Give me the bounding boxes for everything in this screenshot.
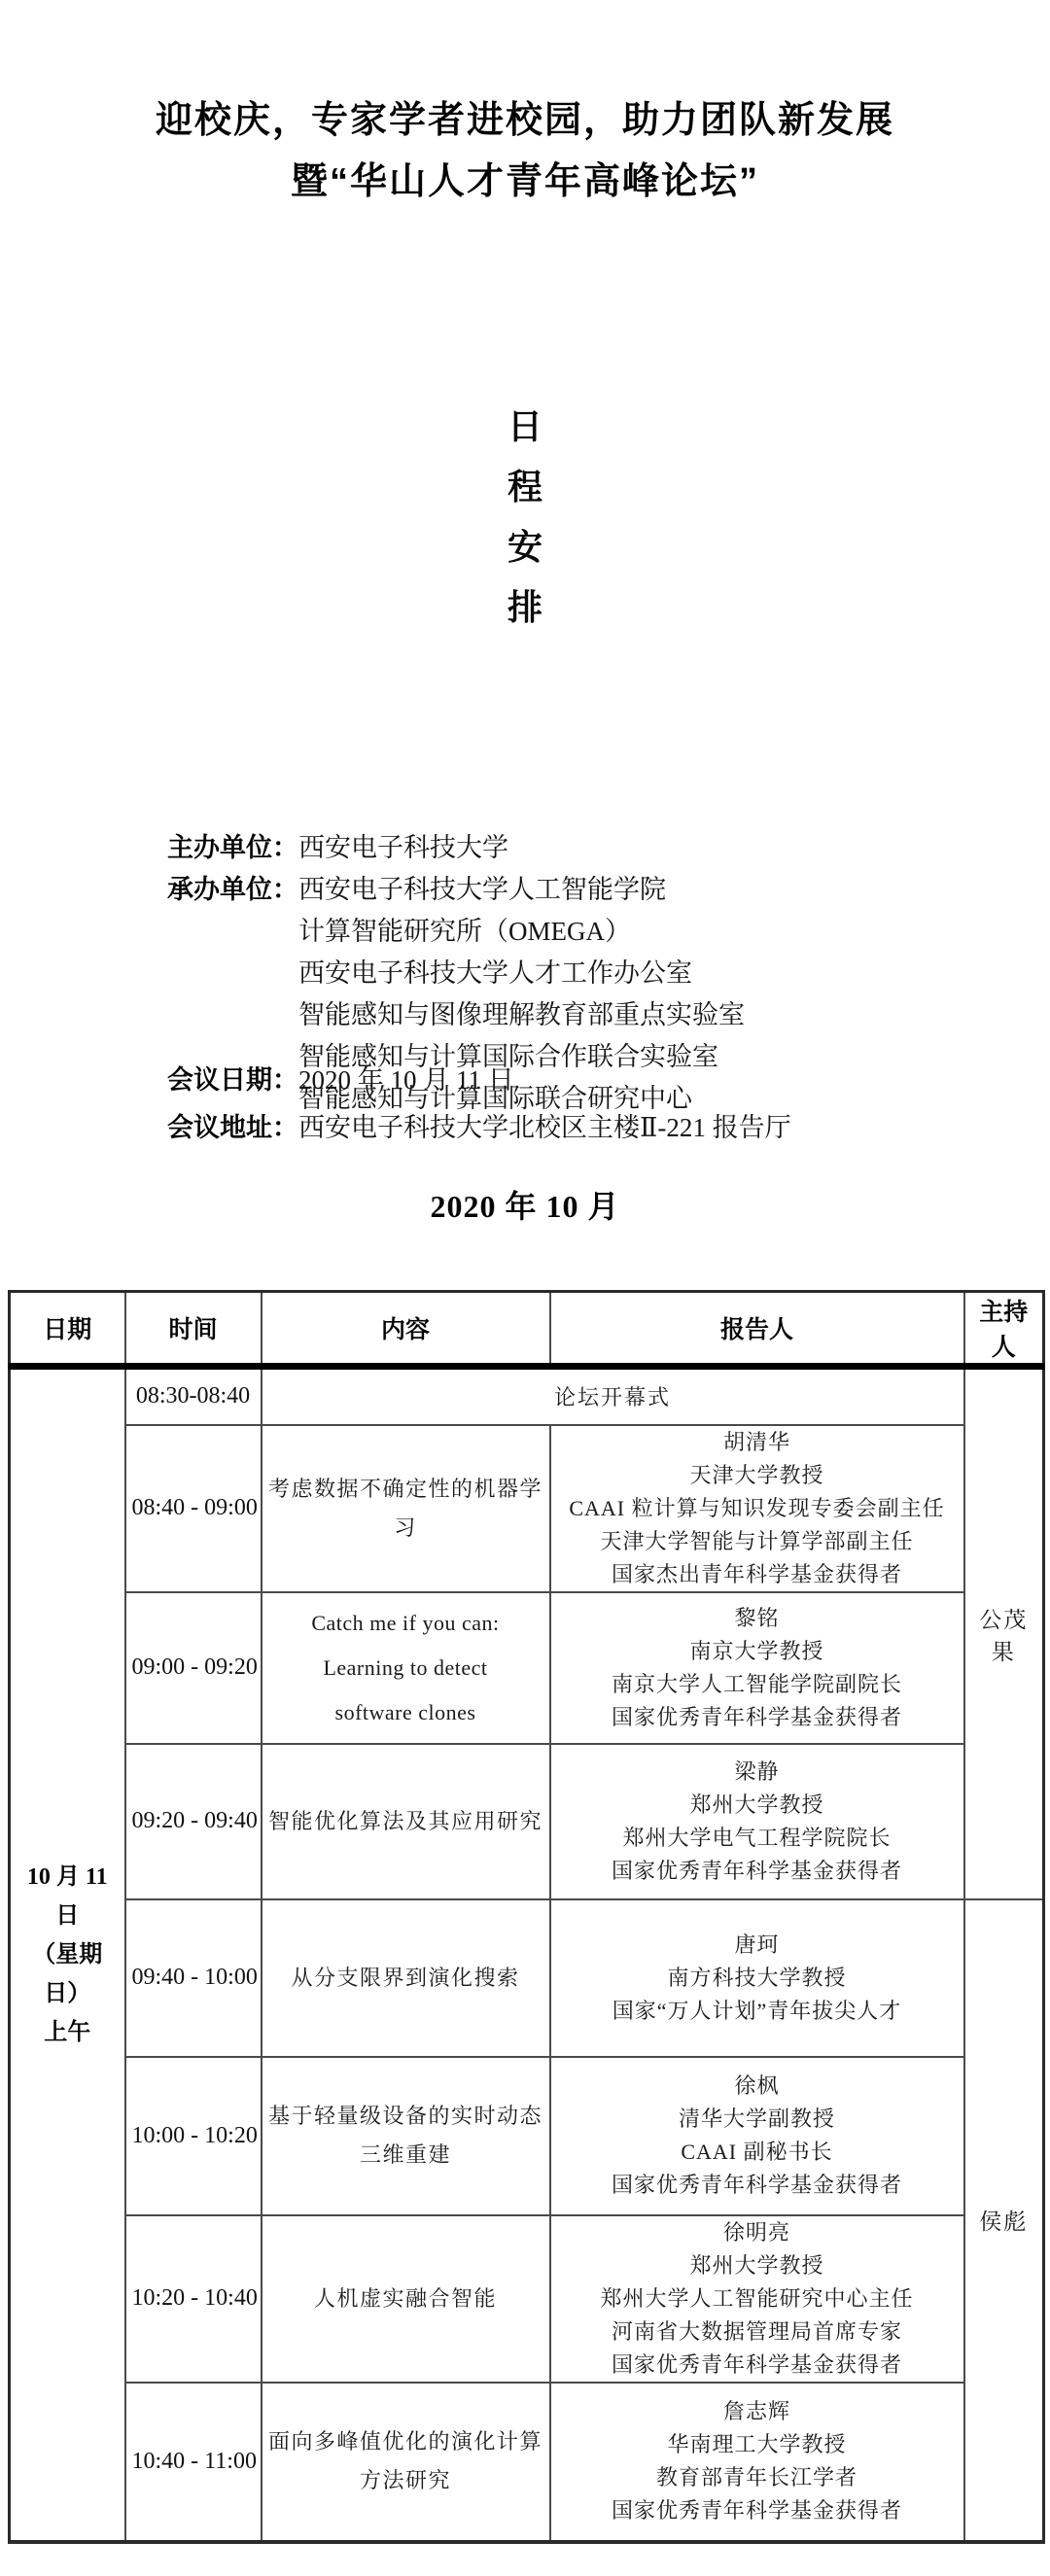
content-cell: Catch me if you can: Learning to detect …	[262, 1592, 550, 1744]
speaker-line: 郑州大学教授	[557, 1789, 958, 1822]
speaker-cell: 徐明亮 郑州大学教授 郑州大学人工智能研究中心主任 河南省大数据管理局首席专家 …	[550, 2215, 964, 2383]
speaker-cell: 徐枫 清华大学副教授 CAAI 副秘书长 国家优秀青年科学基金获得者	[550, 2057, 964, 2215]
page-title-line2: 暨“华山人才青年高峰论坛”	[0, 158, 1050, 205]
table-row: 08:40 - 09:00 考虑数据不确定性的机器学习 胡清华 天津大学教授 C…	[10, 1425, 1044, 1592]
vertical-title-char: 日	[0, 397, 1050, 457]
content-line: Learning to detect	[268, 1646, 543, 1690]
meeting-venue-value: 西安电子科技大学北校区主楼Ⅱ-221 报告厅	[298, 1107, 791, 1149]
month-heading: 2020 年 10 月	[0, 1182, 1050, 1227]
table-row: 10:20 - 10:40 人机虚实融合智能 徐明亮 郑州大学教授 郑州大学人工…	[10, 2215, 1044, 2383]
table-header-row: 日期 时间 内容 报告人 主持人	[10, 1292, 1044, 1367]
speaker-line: 教育部青年长江学者	[557, 2461, 958, 2494]
vertical-title-char: 安	[0, 517, 1050, 577]
speaker-line: CAAI 副秘书长	[557, 2136, 958, 2169]
date-cell-line: 10 月 11 日	[17, 1858, 119, 1935]
vertical-title-char: 排	[0, 577, 1050, 638]
content-cell: 人机虚实融合智能	[262, 2215, 550, 2383]
meeting-venue-label: 会议地址：	[167, 1107, 298, 1149]
header-time: 时间	[125, 1292, 262, 1367]
time-cell: 09:40 - 10:00	[125, 1899, 262, 2057]
content-cell: 智能优化算法及其应用研究	[262, 1744, 550, 1899]
speaker-line: 徐枫	[557, 2070, 958, 2103]
speaker-line: 南方科技大学教授	[557, 1962, 958, 1995]
speaker-cell: 胡清华 天津大学教授 CAAI 粒计算与知识发现专委会副主任 天津大学智能与计算…	[550, 1425, 964, 1592]
speaker-line: 郑州大学电气工程学院院长	[557, 1822, 958, 1855]
undertaker-label: 承办单位：	[167, 869, 298, 911]
table-row: 10:00 - 10:20 基于轻量级设备的实时动态三维重建 徐枫 清华大学副教…	[10, 2057, 1044, 2215]
speaker-cell: 梁静 郑州大学教授 郑州大学电气工程学院院长 国家优秀青年科学基金获得者	[550, 1744, 964, 1899]
speaker-line: CAAI 粒计算与知识发现专委会副主任	[557, 1492, 958, 1525]
speaker-line: 唐珂	[557, 1929, 958, 1962]
speaker-line: 国家优秀青年科学基金获得者	[557, 1855, 958, 1888]
speaker-line: 南京大学人工智能学院副院长	[557, 1668, 958, 1701]
speaker-line: 郑州大学人工智能研究中心主任	[557, 2282, 958, 2315]
header-speaker: 报告人	[550, 1292, 964, 1367]
date-cell-line: 上午	[17, 2013, 119, 2052]
content-line: software clones	[268, 1690, 543, 1735]
time-cell: 08:30-08:40	[125, 1367, 262, 1425]
speaker-line: 郑州大学教授	[557, 2249, 958, 2282]
speaker-line: 河南省大数据管理局首席专家	[557, 2315, 958, 2349]
date-cell: 10 月 11 日 （星期日） 上午	[10, 1367, 125, 2542]
header-date: 日期	[10, 1292, 125, 1367]
speaker-line: 国家杰出青年科学基金获得者	[557, 1558, 958, 1591]
vertical-title: 日 程 安 排	[0, 397, 1050, 638]
speaker-cell: 唐珂 南方科技大学教授 国家“万人计划”青年拔尖人才	[550, 1899, 964, 2057]
speaker-line: 徐明亮	[557, 2216, 958, 2249]
undertaker-line: 智能感知与图像理解教育部重点实验室	[298, 994, 745, 1036]
speaker-line: 清华大学副教授	[557, 2103, 958, 2136]
time-cell: 09:20 - 09:40	[125, 1744, 262, 1899]
content-cell: 从分支限界到演化搜索	[262, 1899, 550, 2057]
date-cell-line: （星期日）	[17, 1935, 119, 2013]
speaker-line: 华南理工大学教授	[557, 2428, 958, 2461]
undertaker-line: 西安电子科技大学人工智能学院	[298, 869, 666, 911]
meeting-date-label: 会议日期：	[167, 1060, 298, 1101]
table-row: 10 月 11 日 （星期日） 上午 08:30-08:40 论坛开幕式 公茂果	[10, 1367, 1044, 1425]
header-moderator: 主持人	[964, 1292, 1044, 1367]
schedule-table: 日期 时间 内容 报告人 主持人 10 月 11 日 （星期日） 上午 08:3…	[8, 1290, 1045, 2544]
meeting-info-block: 会议日期： 2020 年 10 月 11 日 会议地址： 西安电子科技大学北校区…	[0, 1060, 1050, 1157]
speaker-cell: 詹志辉 华南理工大学教授 教育部青年长江学者 国家优秀青年科学基金获得者	[550, 2383, 964, 2542]
speaker-line: 国家优秀青年科学基金获得者	[557, 2349, 958, 2382]
vertical-title-char: 程	[0, 457, 1050, 517]
host-label: 主办单位：	[167, 827, 298, 869]
time-cell: 09:00 - 09:20	[125, 1592, 262, 1744]
document-page: 迎校庆，专家学者进校园，助力团队新发展 暨“华山人才青年高峰论坛” 日 程 安 …	[0, 0, 1050, 2576]
content-cell: 论坛开幕式	[262, 1367, 964, 1425]
moderator-cell: 侯彪	[964, 1899, 1044, 2542]
content-cell: 面向多峰值优化的演化计算方法研究	[262, 2383, 550, 2542]
speaker-line: 詹志辉	[557, 2395, 958, 2428]
moderator-cell: 公茂果	[964, 1367, 1044, 1899]
undertaker-line: 计算智能研究所（OMEGA）	[298, 911, 631, 953]
header-content: 内容	[262, 1292, 550, 1367]
table-row: 09:00 - 09:20 Catch me if you can: Learn…	[10, 1592, 1044, 1744]
speaker-line: 天津大学智能与计算学部副主任	[557, 1525, 958, 1558]
table-row: 09:40 - 10:00 从分支限界到演化搜索 唐珂 南方科技大学教授 国家“…	[10, 1899, 1044, 2057]
speaker-line: 国家优秀青年科学基金获得者	[557, 2494, 958, 2527]
content-cell: 考虑数据不确定性的机器学习	[262, 1425, 550, 1592]
speaker-line: 南京大学教授	[557, 1635, 958, 1668]
speaker-line: 梁静	[557, 1756, 958, 1789]
table-row: 10:40 - 11:00 面向多峰值优化的演化计算方法研究 詹志辉 华南理工大…	[10, 2383, 1044, 2542]
content-cell: 基于轻量级设备的实时动态三维重建	[262, 2057, 550, 2215]
speaker-line: 国家“万人计划”青年拔尖人才	[557, 1995, 958, 2028]
meeting-date-value: 2020 年 10 月 11 日	[298, 1060, 514, 1101]
speaker-line: 胡清华	[557, 1426, 958, 1459]
speaker-line: 天津大学教授	[557, 1459, 958, 1492]
time-cell: 10:20 - 10:40	[125, 2215, 262, 2383]
time-cell: 10:00 - 10:20	[125, 2057, 262, 2215]
organizers-block: 主办单位： 西安电子科技大学 承办单位： 西安电子科技大学人工智能学院 计算智能…	[0, 827, 1050, 1080]
speaker-line: 黎铭	[557, 1602, 958, 1635]
speaker-cell: 黎铭 南京大学教授 南京大学人工智能学院副院长 国家优秀青年科学基金获得者	[550, 1592, 964, 1744]
content-line: Catch me if you can:	[268, 1601, 543, 1646]
speaker-line: 国家优秀青年科学基金获得者	[557, 2169, 958, 2202]
time-cell: 10:40 - 11:00	[125, 2383, 262, 2542]
undertaker-line: 西安电子科技大学人才工作办公室	[298, 953, 692, 994]
page-title-line1: 迎校庆，专家学者进校园，助力团队新发展	[0, 97, 1050, 144]
speaker-line: 国家优秀青年科学基金获得者	[557, 1701, 958, 1734]
time-cell: 08:40 - 09:00	[125, 1425, 262, 1592]
host-value: 西安电子科技大学	[298, 827, 508, 869]
table-row: 09:20 - 09:40 智能优化算法及其应用研究 梁静 郑州大学教授 郑州大…	[10, 1744, 1044, 1899]
